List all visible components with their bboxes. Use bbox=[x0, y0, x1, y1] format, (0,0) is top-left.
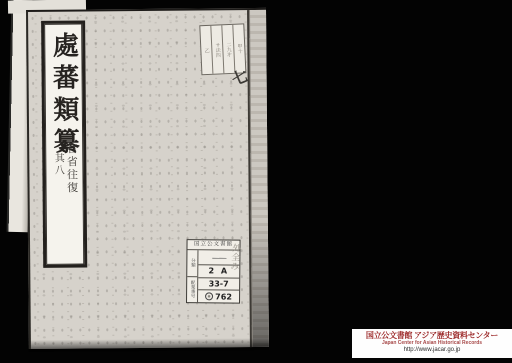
handwritten-note: 外全み bbox=[225, 243, 243, 271]
shelf-field-cell: 配架番号 bbox=[187, 277, 197, 303]
shelf-field-label: 配架番号 bbox=[189, 280, 195, 298]
book-title: 處蕃類纂 bbox=[50, 32, 77, 160]
shelf-value: 762 bbox=[215, 292, 232, 301]
title-slip-border: 處蕃類纂 官省往復 其八 bbox=[44, 24, 84, 265]
shelf-value-row: 762 bbox=[198, 290, 239, 303]
handwritten-column-text: 甲十 bbox=[236, 43, 243, 53]
handwritten-column-text: 乙 bbox=[203, 47, 210, 52]
handwritten-column-text: 二九㐧 bbox=[225, 41, 232, 56]
title-slip: 處蕃類纂 官省往復 其八 bbox=[41, 20, 87, 267]
class-value-2: 33-7 bbox=[198, 277, 239, 290]
scanned-document: 處蕃類纂 官省往復 其八 乙 サ法四 二九㐧 甲十 七 国立公文書館 bbox=[0, 0, 512, 363]
jacar-url: http://www.jacar.go.jp bbox=[352, 346, 512, 354]
handwritten-column-text: サ法四 bbox=[214, 42, 221, 57]
class-field-cell: 分類 bbox=[187, 250, 197, 277]
series-subtitle: 官省往復 bbox=[63, 143, 79, 195]
classification-field-labels: 分類 配架番号 bbox=[187, 250, 198, 302]
stamp-circle-icon bbox=[205, 292, 213, 300]
volume-label: 其八 bbox=[50, 153, 65, 177]
jacar-watermark: 国立公文書館 アジア歴史資料センター Japan Center for Asia… bbox=[352, 329, 512, 358]
book-cover: 處蕃類纂 官省往復 其八 乙 サ法四 二九㐧 甲十 七 国立公文書館 bbox=[26, 8, 269, 349]
jacar-org-name-ja: 国立公文書館 アジア歴史資料センター bbox=[352, 331, 512, 340]
fore-edge-pages bbox=[247, 10, 269, 347]
class-field-label: 分類 bbox=[189, 258, 195, 267]
